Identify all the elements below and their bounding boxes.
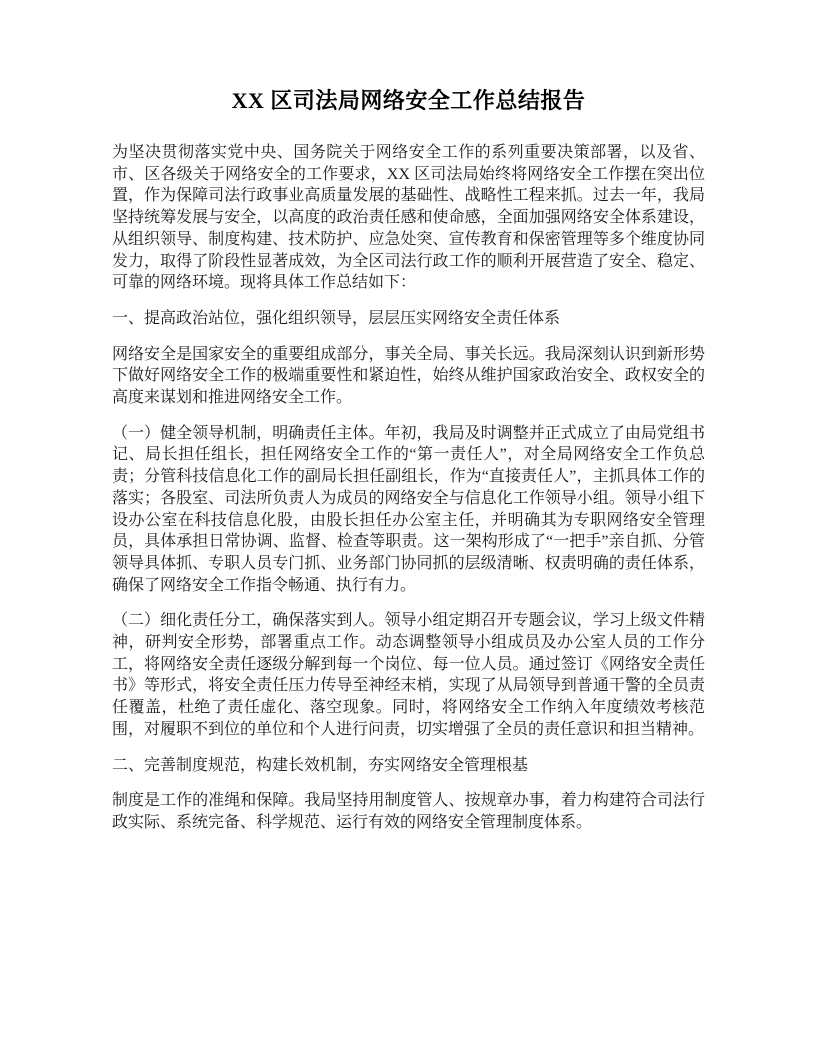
section-heading-2: 二、完善制度规范，构建长效机制，夯实网络安全管理根基 — [112, 755, 705, 777]
document-title: XX 区司法局网络安全工作总结报告 — [112, 86, 705, 116]
paragraph-section1-overview: 网络安全是国家安全的重要组成部分，事关全局、事关长远。我局深刻认识到新形势下做好… — [112, 344, 705, 409]
paragraph-intro: 为坚决贯彻落实党中央、国务院关于网络安全工作的系列重要决策部署，以及省、市、区各… — [112, 142, 705, 294]
section-heading-1: 一、提高政治站位，强化组织领导，层层压实网络安全责任体系 — [112, 308, 705, 330]
paragraph-section1-item1: （一）健全领导机制，明确责任主体。年初，我局及时调整并正式成立了由局党组书记、局… — [112, 423, 705, 597]
paragraph-section1-item2: （二）细化责任分工，确保落实到人。领导小组定期召开专题会议，学习上级文件精神，研… — [112, 610, 705, 740]
paragraph-section2-overview: 制度是工作的准绳和保障。我局坚持用制度管人、按规章办事，着力构建符合司法行政实际… — [112, 790, 705, 833]
document-page: XX 区司法局网络安全工作总结报告 为坚决贯彻落实党中央、国务院关于网络安全工作… — [0, 0, 816, 1056]
